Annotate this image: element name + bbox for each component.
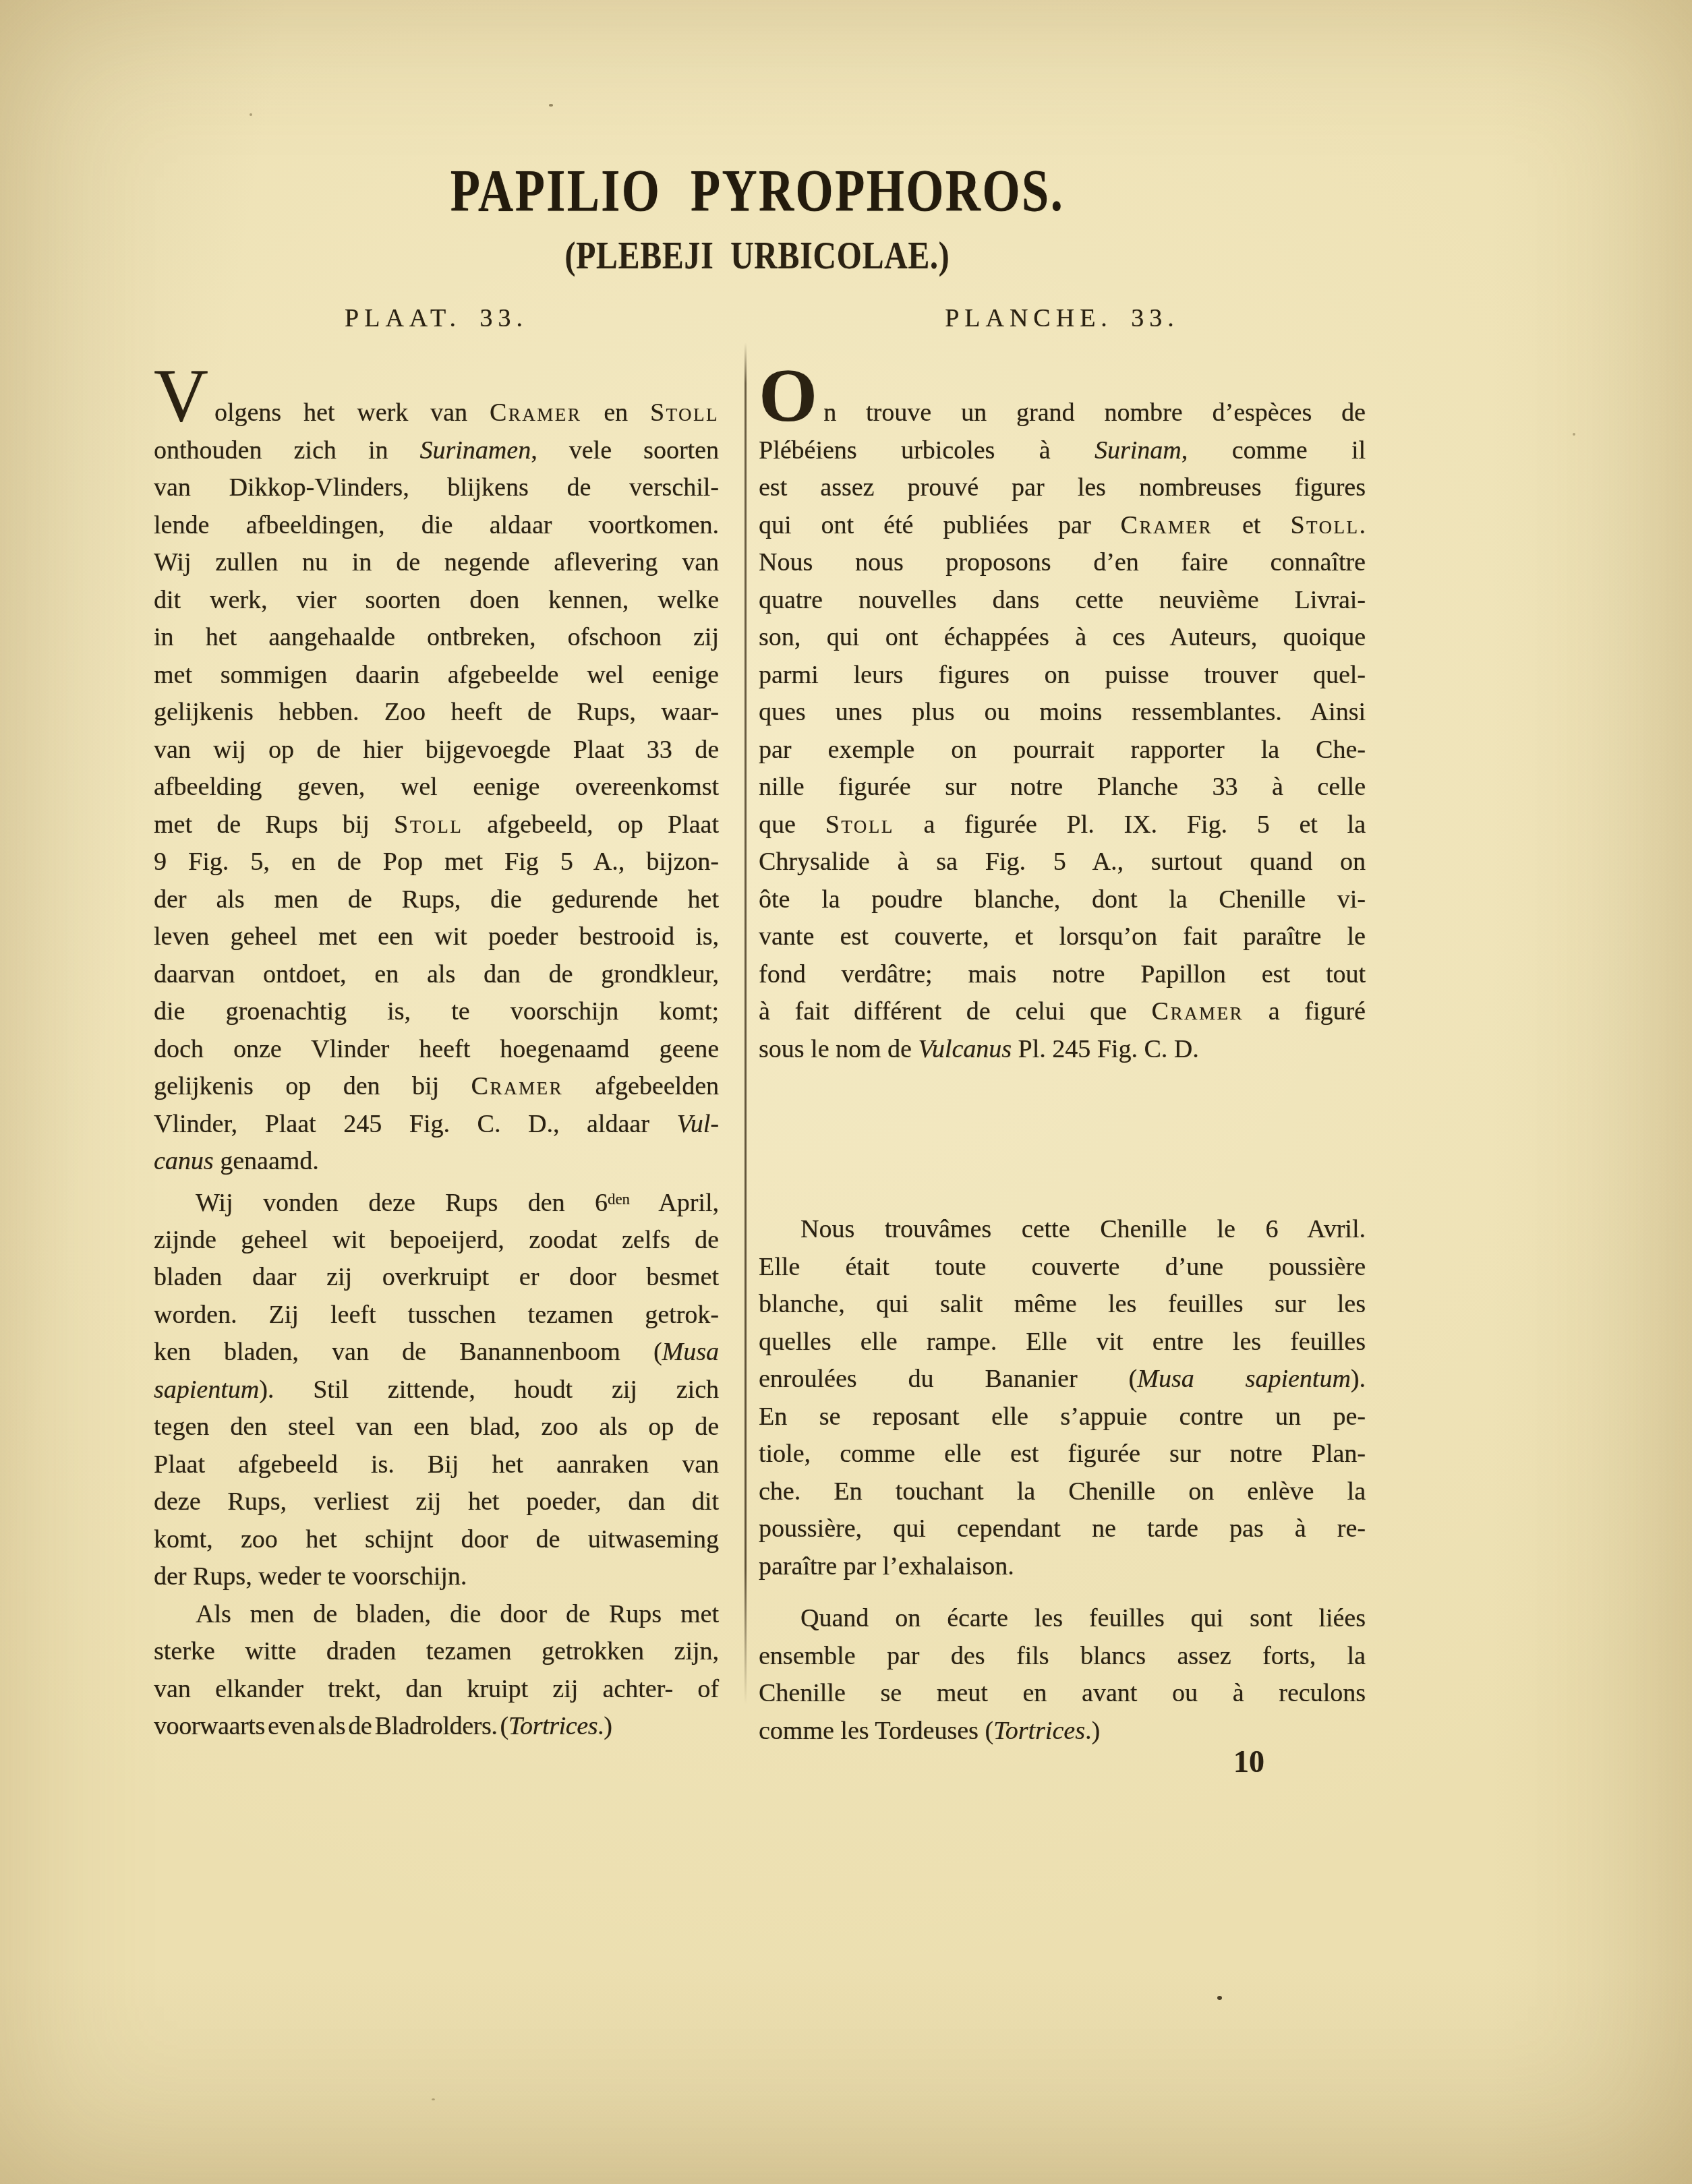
text-line: Nous nous proposons d’en faire connaître bbox=[759, 544, 1366, 582]
smallcaps-name: Stoll bbox=[1290, 511, 1359, 539]
column-header-dutch: PLAAT. 33. bbox=[154, 305, 719, 333]
superscript-text: ). Stil zittende, houdt zij zich bbox=[259, 1376, 719, 1404]
paragraph: Als men de bladen, die door de Rups mets… bbox=[154, 1596, 719, 1746]
text-line: sous le nom de Vulcanus Pl. 245 Fig. C. … bbox=[759, 1031, 1366, 1069]
superscript-text: à fait différent de celui que bbox=[759, 997, 1152, 1026]
text-line: En se reposant elle s’appuie contre un p… bbox=[759, 1398, 1366, 1436]
superscript-text: onthouden zich in bbox=[154, 436, 420, 465]
text-line: tiole, comme elle est figurée sur notre … bbox=[759, 1436, 1366, 1473]
superscript-text: et bbox=[1213, 511, 1290, 539]
text-line: nille figurée sur notre Planche 33 à cel… bbox=[759, 769, 1366, 806]
smallcaps-name: Cramer bbox=[1121, 511, 1213, 539]
column-header-french: PLANCHE. 33. bbox=[759, 305, 1366, 333]
text-line: ken bladen, van de Banannenboom (Musa bbox=[154, 1334, 719, 1371]
column-divider bbox=[745, 343, 747, 1705]
italic-text: Vul- bbox=[676, 1110, 719, 1138]
text-line: bladen daar zij overkruipt er door besme… bbox=[154, 1259, 719, 1297]
italic-text: Tortrices bbox=[993, 1717, 1085, 1745]
text-line: ques unes plus ou moins ressemblantes. A… bbox=[759, 694, 1366, 732]
column-french: On trouve un grand nombre d’espèces dePl… bbox=[759, 394, 1366, 1750]
text-line: ôte la poudre blanche, dont la Chenille … bbox=[759, 881, 1366, 919]
superscript-text: sous le nom de bbox=[759, 1035, 918, 1063]
superscript-text: genaamd. bbox=[214, 1147, 319, 1175]
superscript-text: que bbox=[759, 810, 825, 839]
text-line: blanche, qui salit même les feuilles sur… bbox=[759, 1286, 1366, 1324]
ink-speck bbox=[432, 2098, 435, 2100]
text-line: quatre nouvelles dans cette neuvième Liv… bbox=[759, 582, 1366, 620]
superscript-text: .) bbox=[597, 1712, 612, 1740]
superscript-text: , vele soorten bbox=[531, 436, 719, 465]
text-line: sapientum). Stil zittende, houdt zij zic… bbox=[154, 1371, 719, 1409]
text-line: ensemble par des fils blancs assez forts… bbox=[759, 1638, 1366, 1676]
italic-text: Surinamen bbox=[420, 436, 531, 465]
ink-speck bbox=[549, 104, 553, 107]
text-line: Wij vonden deze Rups den 6den April, bbox=[154, 1181, 719, 1222]
text-line: Elle était toute couverte d’une poussièr… bbox=[759, 1249, 1366, 1287]
text-line: met sommigen daarin afgebeelde wel eenig… bbox=[154, 657, 719, 695]
text-line: in het aangehaalde ontbreken, ofschoon z… bbox=[154, 619, 719, 657]
text-line: qui ont été publiées par Cramer et Stoll… bbox=[759, 507, 1366, 545]
text-line: Als men de bladen, die door de Rups met bbox=[154, 1596, 719, 1634]
superscript-text: Pl. 245 Fig. C. D. bbox=[1012, 1035, 1199, 1063]
smallcaps-name: Cramer bbox=[471, 1072, 563, 1100]
text-line: lende afbeeldingen, die aldaar voortkome… bbox=[154, 507, 719, 545]
text-line: onthouden zich in Surinamen, vele soorte… bbox=[154, 432, 719, 470]
superscript-text: .) bbox=[1085, 1717, 1100, 1745]
text-line: die groenachtig is, te voorschijn komt; bbox=[154, 993, 719, 1031]
text-line: Nous trouvâmes cette Chenille le 6 Avril… bbox=[759, 1211, 1366, 1249]
text-line: paraître par l’exhalaison. bbox=[759, 1548, 1366, 1586]
superscript-text: April, bbox=[630, 1188, 719, 1216]
text-line: deze Rups, verliest zij het poeder, dan … bbox=[154, 1483, 719, 1521]
text-line: gelijkenis op den bij Cramer afgebeelden bbox=[154, 1068, 719, 1106]
superscript-text: en bbox=[581, 399, 650, 427]
text-line: der als men de Rups, die gedurende het bbox=[154, 881, 719, 919]
text-line: doch onze Vlinder heeft hoegenaamd geene bbox=[154, 1031, 719, 1069]
text-line: parmi leurs figures on puisse trouver qu… bbox=[759, 657, 1366, 695]
superscript-text: a figurée Pl. IX. Fig. 5 et la bbox=[894, 810, 1366, 839]
text-line: tegen den steel van een blad, zoo als op… bbox=[154, 1409, 719, 1446]
superscript-text: ken bladen, van de Banannenboom ( bbox=[154, 1338, 662, 1366]
superscript-text: qui ont été publiées par bbox=[759, 511, 1121, 539]
drop-cap-initial: O bbox=[759, 354, 817, 438]
superscript-text: . bbox=[1360, 511, 1366, 539]
page-headings: PAPILIO PYROPHOROS. (PLEBEJI URBICOLAE.) bbox=[154, 0, 1361, 357]
text-line: van Dikkop-Vlinders, blijkens de verschi… bbox=[154, 469, 719, 507]
smallcaps-name: Stoll bbox=[825, 810, 894, 839]
text-line: son, qui ont échappées à ces Auteurs, qu… bbox=[759, 619, 1366, 657]
text-line: komt, zoo het schijnt door de uitwasemin… bbox=[154, 1521, 719, 1559]
text-line: par exemple on pourrait rapporter la Che… bbox=[759, 732, 1366, 769]
text-line: à fait différent de celui que Cramer a f… bbox=[759, 993, 1366, 1031]
superscript-text: met de Rups bij bbox=[154, 810, 394, 839]
text-line: sterke witte draden tezamen getrokken zi… bbox=[154, 1633, 719, 1671]
paragraph: Nous trouvâmes cette Chenille le 6 Avril… bbox=[759, 1211, 1366, 1585]
superscript-text: olgens het werk van bbox=[214, 399, 490, 427]
italic-text: Vulcanus bbox=[918, 1035, 1012, 1063]
text-line: On trouve un grand nombre d’espèces de bbox=[759, 394, 1366, 432]
superscript-text: ). bbox=[1351, 1365, 1366, 1393]
text-line: voorwaarts even als de Bladrolders. (Tor… bbox=[154, 1708, 719, 1746]
smallcaps-name: Cramer bbox=[1152, 997, 1244, 1026]
text-line: fond verdâtre; mais notre Papillon est t… bbox=[759, 956, 1366, 994]
smallcaps-name: Stoll bbox=[650, 399, 719, 427]
paragraph: Wij vonden deze Rups den 6den April,zijn… bbox=[154, 1181, 719, 1596]
text-line: Plébéiens urbicoles à Surinam, comme il bbox=[759, 432, 1366, 470]
superscript-text: Vlinder, Plaat 245 Fig. C. D., aldaar bbox=[154, 1110, 676, 1138]
superscript-text: Plébéiens urbicoles à bbox=[759, 436, 1095, 465]
text-line: van elkander trekt, dan kruipt zij achte… bbox=[154, 1671, 719, 1709]
italic-text: Tortrices bbox=[508, 1712, 597, 1740]
superscript-text: comme les Tordeuses ( bbox=[759, 1717, 993, 1745]
text-line: Volgens het werk van Cramer en Stoll bbox=[154, 394, 719, 432]
text-line: zijnde geheel wit bepoeijerd, zoodat zel… bbox=[154, 1222, 719, 1260]
text-line: dit werk, vier soorten doen kennen, welk… bbox=[154, 582, 719, 620]
text-line: que Stoll a figurée Pl. IX. Fig. 5 et la bbox=[759, 806, 1366, 844]
text-line: 9 Fig. 5, en de Pop met Fig 5 A., bijzon… bbox=[154, 844, 719, 881]
book-page: PAPILIO PYROPHOROS. (PLEBEJI URBICOLAE.)… bbox=[0, 0, 1692, 2184]
superscript-text: a figuré bbox=[1244, 997, 1366, 1026]
text-line: est assez prouvé par les nombreuses figu… bbox=[759, 469, 1366, 507]
text-line: che. En touchant la Chenille on enlève l… bbox=[759, 1473, 1366, 1511]
column-dutch: Volgens het werk van Cramer en Stollonth… bbox=[154, 394, 719, 1746]
smallcaps-name: Stoll bbox=[394, 810, 463, 839]
text-line: enroulées du Bananier (Musa sapientum). bbox=[759, 1361, 1366, 1398]
page-subtitle: (PLEBEJI URBICOLAE.) bbox=[244, 237, 1271, 275]
text-line: vante est couverte, et lorsqu’on fait pa… bbox=[759, 918, 1366, 956]
text-line: van wij op de hier bijgevoegde Plaat 33 … bbox=[154, 732, 719, 769]
text-line: Chenille se meut en avant ou à reculons bbox=[759, 1675, 1366, 1713]
text-line: leven geheel met een wit poeder bestrooi… bbox=[154, 918, 719, 956]
text-line: canus genaamd. bbox=[154, 1143, 719, 1181]
superscript-text: afgebeeld, op Plaat bbox=[463, 810, 719, 839]
paragraph: Volgens het werk van Cramer en Stollonth… bbox=[154, 394, 719, 1181]
ink-speck bbox=[250, 113, 252, 116]
text-line: Chrysalide à sa Fig. 5 A., surtout quand… bbox=[759, 844, 1366, 881]
italic-text: Musa sapientum bbox=[1137, 1365, 1351, 1393]
text-line: gelijkenis hebben. Zoo heeft de Rups, wa… bbox=[154, 694, 719, 732]
text-line: met de Rups bij Stoll afgebeeld, op Plaa… bbox=[154, 806, 719, 844]
italic-text: Surinam bbox=[1095, 436, 1182, 465]
text-line: quelles elle rampe. Elle vit entre les f… bbox=[759, 1324, 1366, 1361]
page-title: PAPILIO PYROPHOROS. bbox=[262, 162, 1252, 221]
paragraph: Quand on écarte les feuilles qui sont li… bbox=[759, 1600, 1366, 1750]
smallcaps-name: Cramer bbox=[490, 399, 581, 427]
text-line: Vlinder, Plaat 245 Fig. C. D., aldaar Vu… bbox=[154, 1106, 719, 1144]
superscript-text: Wij vonden deze Rups den 6 bbox=[196, 1188, 608, 1216]
page-number: 10 bbox=[759, 1744, 1366, 1779]
superscript-text: den bbox=[608, 1191, 630, 1208]
italic-text: canus bbox=[154, 1147, 214, 1175]
text-line: Quand on écarte les feuilles qui sont li… bbox=[759, 1600, 1366, 1638]
text-line: worden. Zij leeft tusschen tezamen getro… bbox=[154, 1297, 719, 1334]
text-line: Wij zullen nu in de negende aflevering v… bbox=[154, 544, 719, 582]
text-line: der Rups, weder te voorschijn. bbox=[154, 1558, 719, 1596]
ink-speck bbox=[1573, 433, 1575, 436]
superscript-text: enroulées du Bananier ( bbox=[759, 1365, 1137, 1393]
superscript-text: voorwaarts even als de Bladrolders. ( bbox=[154, 1712, 508, 1740]
text-line: daarvan ontdoet, en als dan de grondkleu… bbox=[154, 956, 719, 994]
superscript-text: afgebeelden bbox=[563, 1072, 719, 1100]
text-line: poussière, qui cependant ne tarde pas à … bbox=[759, 1510, 1366, 1548]
italic-text: Musa bbox=[662, 1338, 719, 1366]
text-line: afbeelding geven, wel eenige overeenkoms… bbox=[154, 769, 719, 806]
ink-speck bbox=[1217, 1996, 1222, 2000]
superscript-text: , comme il bbox=[1182, 436, 1366, 465]
italic-text: sapientum bbox=[154, 1376, 259, 1404]
text-line: Plaat afgebeeld is. Bij het aanraken van bbox=[154, 1446, 719, 1484]
drop-cap-initial: V bbox=[154, 354, 208, 438]
superscript-text: gelijkenis op den bij bbox=[154, 1072, 471, 1100]
paragraph: On trouve un grand nombre d’espèces dePl… bbox=[759, 394, 1366, 1068]
